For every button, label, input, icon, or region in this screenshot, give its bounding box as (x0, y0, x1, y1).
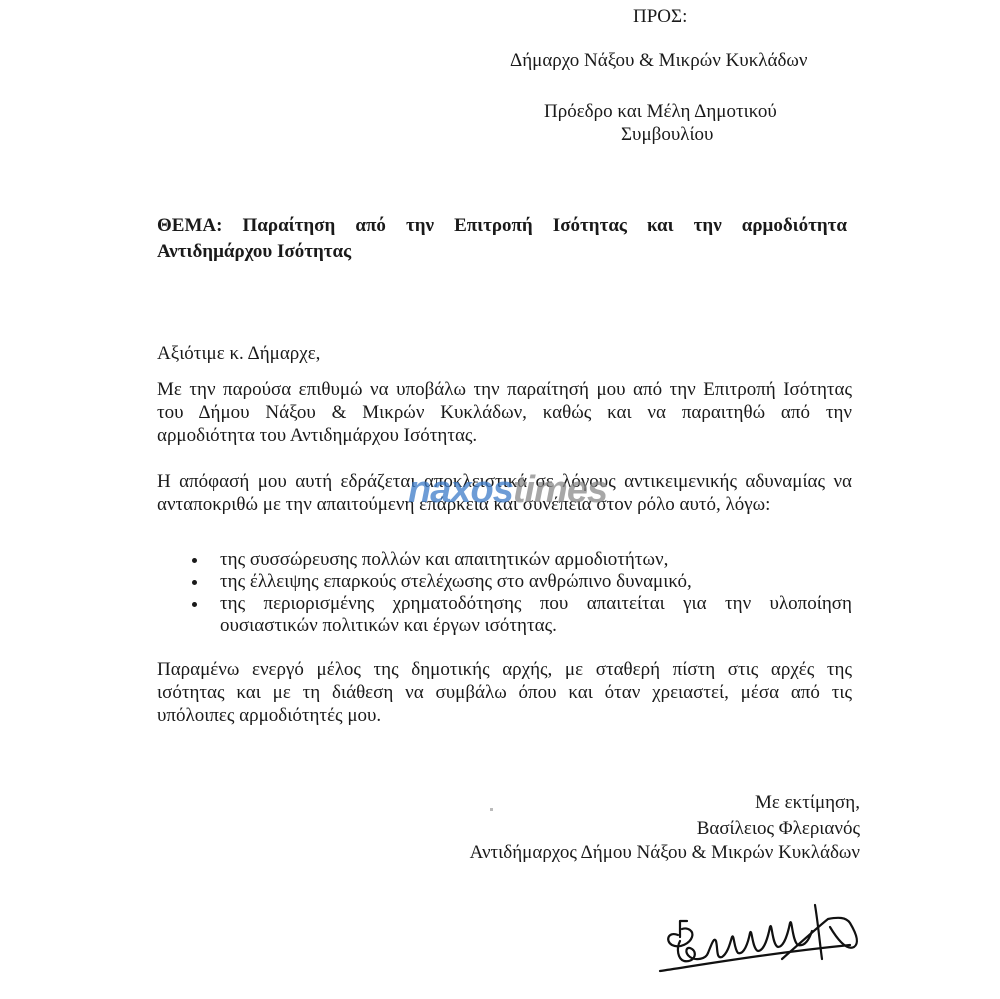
paragraph-line: Η απόφασή μου αυτή εδράζεται αποκλειστικ… (157, 470, 852, 493)
paragraph-resignation: Με την παρούσα επιθυμώ να υποβάλω την πα… (157, 378, 852, 447)
letter-page: ΠΡΟΣ: Δήμαρχο Νάξου & Μικρών Κυκλάδων Πρ… (0, 0, 1000, 999)
list-item: της έλλειψης επαρκούς στελέχωσης στο ανθ… (192, 571, 852, 593)
list-item: της περιορισμένης χρηματοδότησης που απα… (192, 593, 852, 637)
signatory-title: Αντιδήμαρχος Δήμου Νάξου & Μικρών Κυκλάδ… (470, 842, 860, 864)
paragraph-line: υπόλοιπες αρμοδιότητές μου. (157, 704, 852, 727)
list-item-text: της συσσώρευσης πολλών και απαιτητικών α… (220, 549, 852, 571)
list-item-text: ουσιαστικών πολιτικών και έργων ισότητας… (220, 615, 852, 637)
recipient-council-line1: Πρόεδρο και Μέλη Δημοτικού (544, 101, 777, 123)
recipient-council-line2: Συμβουλίου (621, 124, 713, 146)
subject-line1: ΘΕΜΑ: Παραίτηση από την Επιτροπή Ισότητα… (157, 213, 847, 239)
paragraph-line: ανταποκριθώ με την απαιτούμενη επάρκεια … (157, 493, 852, 516)
closing-salutation: Με εκτίμηση, (755, 792, 860, 814)
reasons-list: της συσσώρευσης πολλών και απαιτητικών α… (192, 549, 852, 637)
list-item-text: της έλλειψης επαρκούς στελέχωσης στο ανθ… (220, 571, 852, 593)
bullet-icon (192, 602, 197, 607)
scan-speck (490, 808, 493, 811)
recipients-heading: ΠΡΟΣ: (0, 6, 1000, 28)
signatory-name: Βασίλειος Φλεριανός (697, 818, 860, 840)
handwritten-signature (650, 893, 875, 983)
subject-heading: ΘΕΜΑ: Παραίτηση από την Επιτροπή Ισότητα… (157, 213, 847, 265)
list-item: της συσσώρευσης πολλών και απαιτητικών α… (192, 549, 852, 571)
bullet-icon (192, 580, 197, 585)
greeting: Αξιότιμε κ. Δήμαρχε, (157, 343, 320, 365)
subject-line2: Αντιδημάρχου Ισότητας (157, 239, 847, 265)
paragraph-line: ισότητας και με τη διάθεση να συμβάλω όπ… (157, 681, 852, 704)
paragraph-line: Παραμένω ενεργό μέλος της δημοτικής αρχή… (157, 658, 852, 681)
recipient-mayor: Δήμαρχο Νάξου & Μικρών Κυκλάδων (510, 50, 808, 72)
bullet-icon (192, 558, 197, 563)
paragraph-line: αρμοδιότητα του Αντιδημάρχου Ισότητας. (157, 424, 852, 447)
paragraph-commitment: Παραμένω ενεργό μέλος της δημοτικής αρχή… (157, 658, 852, 727)
paragraph-line: Με την παρούσα επιθυμώ να υποβάλω την πα… (157, 378, 852, 401)
paragraph-line: του Δήμου Νάξου & Μικρών Κυκλάδων, καθώς… (157, 401, 852, 424)
paragraph-reasons-intro: Η απόφασή μου αυτή εδράζεται αποκλειστικ… (157, 470, 852, 516)
list-item-text: της περιορισμένης χρηματοδότησης που απα… (220, 593, 852, 615)
